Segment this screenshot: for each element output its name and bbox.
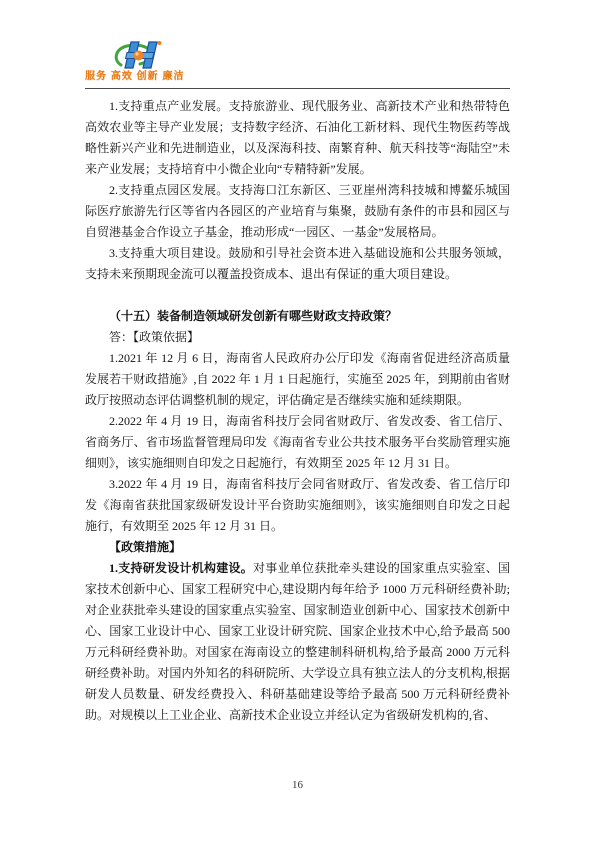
hainan-logo-icon	[107, 40, 167, 71]
policy-basis-paragraph-1: 1.2021 年 12 月 6 日，海南省人民政府办公厅印发《海南省促进经济高质…	[85, 348, 510, 411]
policy-measures-label: 【政策措施】	[85, 537, 510, 558]
answer-policy-basis-label: 答：【政策依据】	[85, 327, 510, 348]
page-header: 服务 高效 创新 廉洁	[85, 40, 510, 89]
policy-basis-paragraph-2: 2.2022 年 4 月 19 日，海南省科技厅会同省财政厅、省发改委、省工信厅…	[85, 411, 510, 474]
logo-sun	[134, 51, 144, 61]
page-number: 16	[0, 779, 595, 791]
policy-basis-paragraph-3: 3.2022 年 4 月 19 日，海南省科技厅会同省财政厅、省发改委、省工信厅…	[85, 474, 510, 537]
measure-1-body: 对事业单位获批牵头建设的国家重点实验室、国家技术创新中心、国家工程研究中心,建设…	[85, 561, 510, 722]
intro-paragraph-2: 2.支持重点园区发展。支持海口江东新区、三亚崖州湾科技城和博鳌乐城国际医疗旅游先…	[85, 180, 510, 243]
measure-1-paragraph: 1.支持研发设计机构建设。对事业单位获批牵头建设的国家重点实验室、国家技术创新中…	[85, 558, 510, 726]
intro-paragraph-1: 1.支持重点产业发展。支持旅游业、现代服务业、高新技术产业和热带特色高效农业等主…	[85, 96, 510, 180]
question-heading: （十五）装备制造领域研发创新有哪些财政支持政策？	[85, 306, 510, 327]
header-slogan: 服务 高效 创新 廉洁	[85, 71, 510, 83]
document-page: 服务 高效 创新 廉洁 1.支持重点产业发展。支持旅游业、现代服务业、高新技术产…	[0, 0, 595, 841]
measure-1-lead: 1.支持研发设计机构建设。	[109, 561, 253, 575]
logo-spark	[158, 41, 162, 45]
logo-sun-highlight	[135, 52, 138, 55]
intro-paragraph-3: 3.支持重大项目建设。鼓励和引导社会资本进入基础设施和公共服务领域，支持未来预期…	[85, 243, 510, 285]
document-body: 1.支持重点产业发展。支持旅游业、现代服务业、高新技术产业和热带特色高效农业等主…	[85, 88, 510, 726]
